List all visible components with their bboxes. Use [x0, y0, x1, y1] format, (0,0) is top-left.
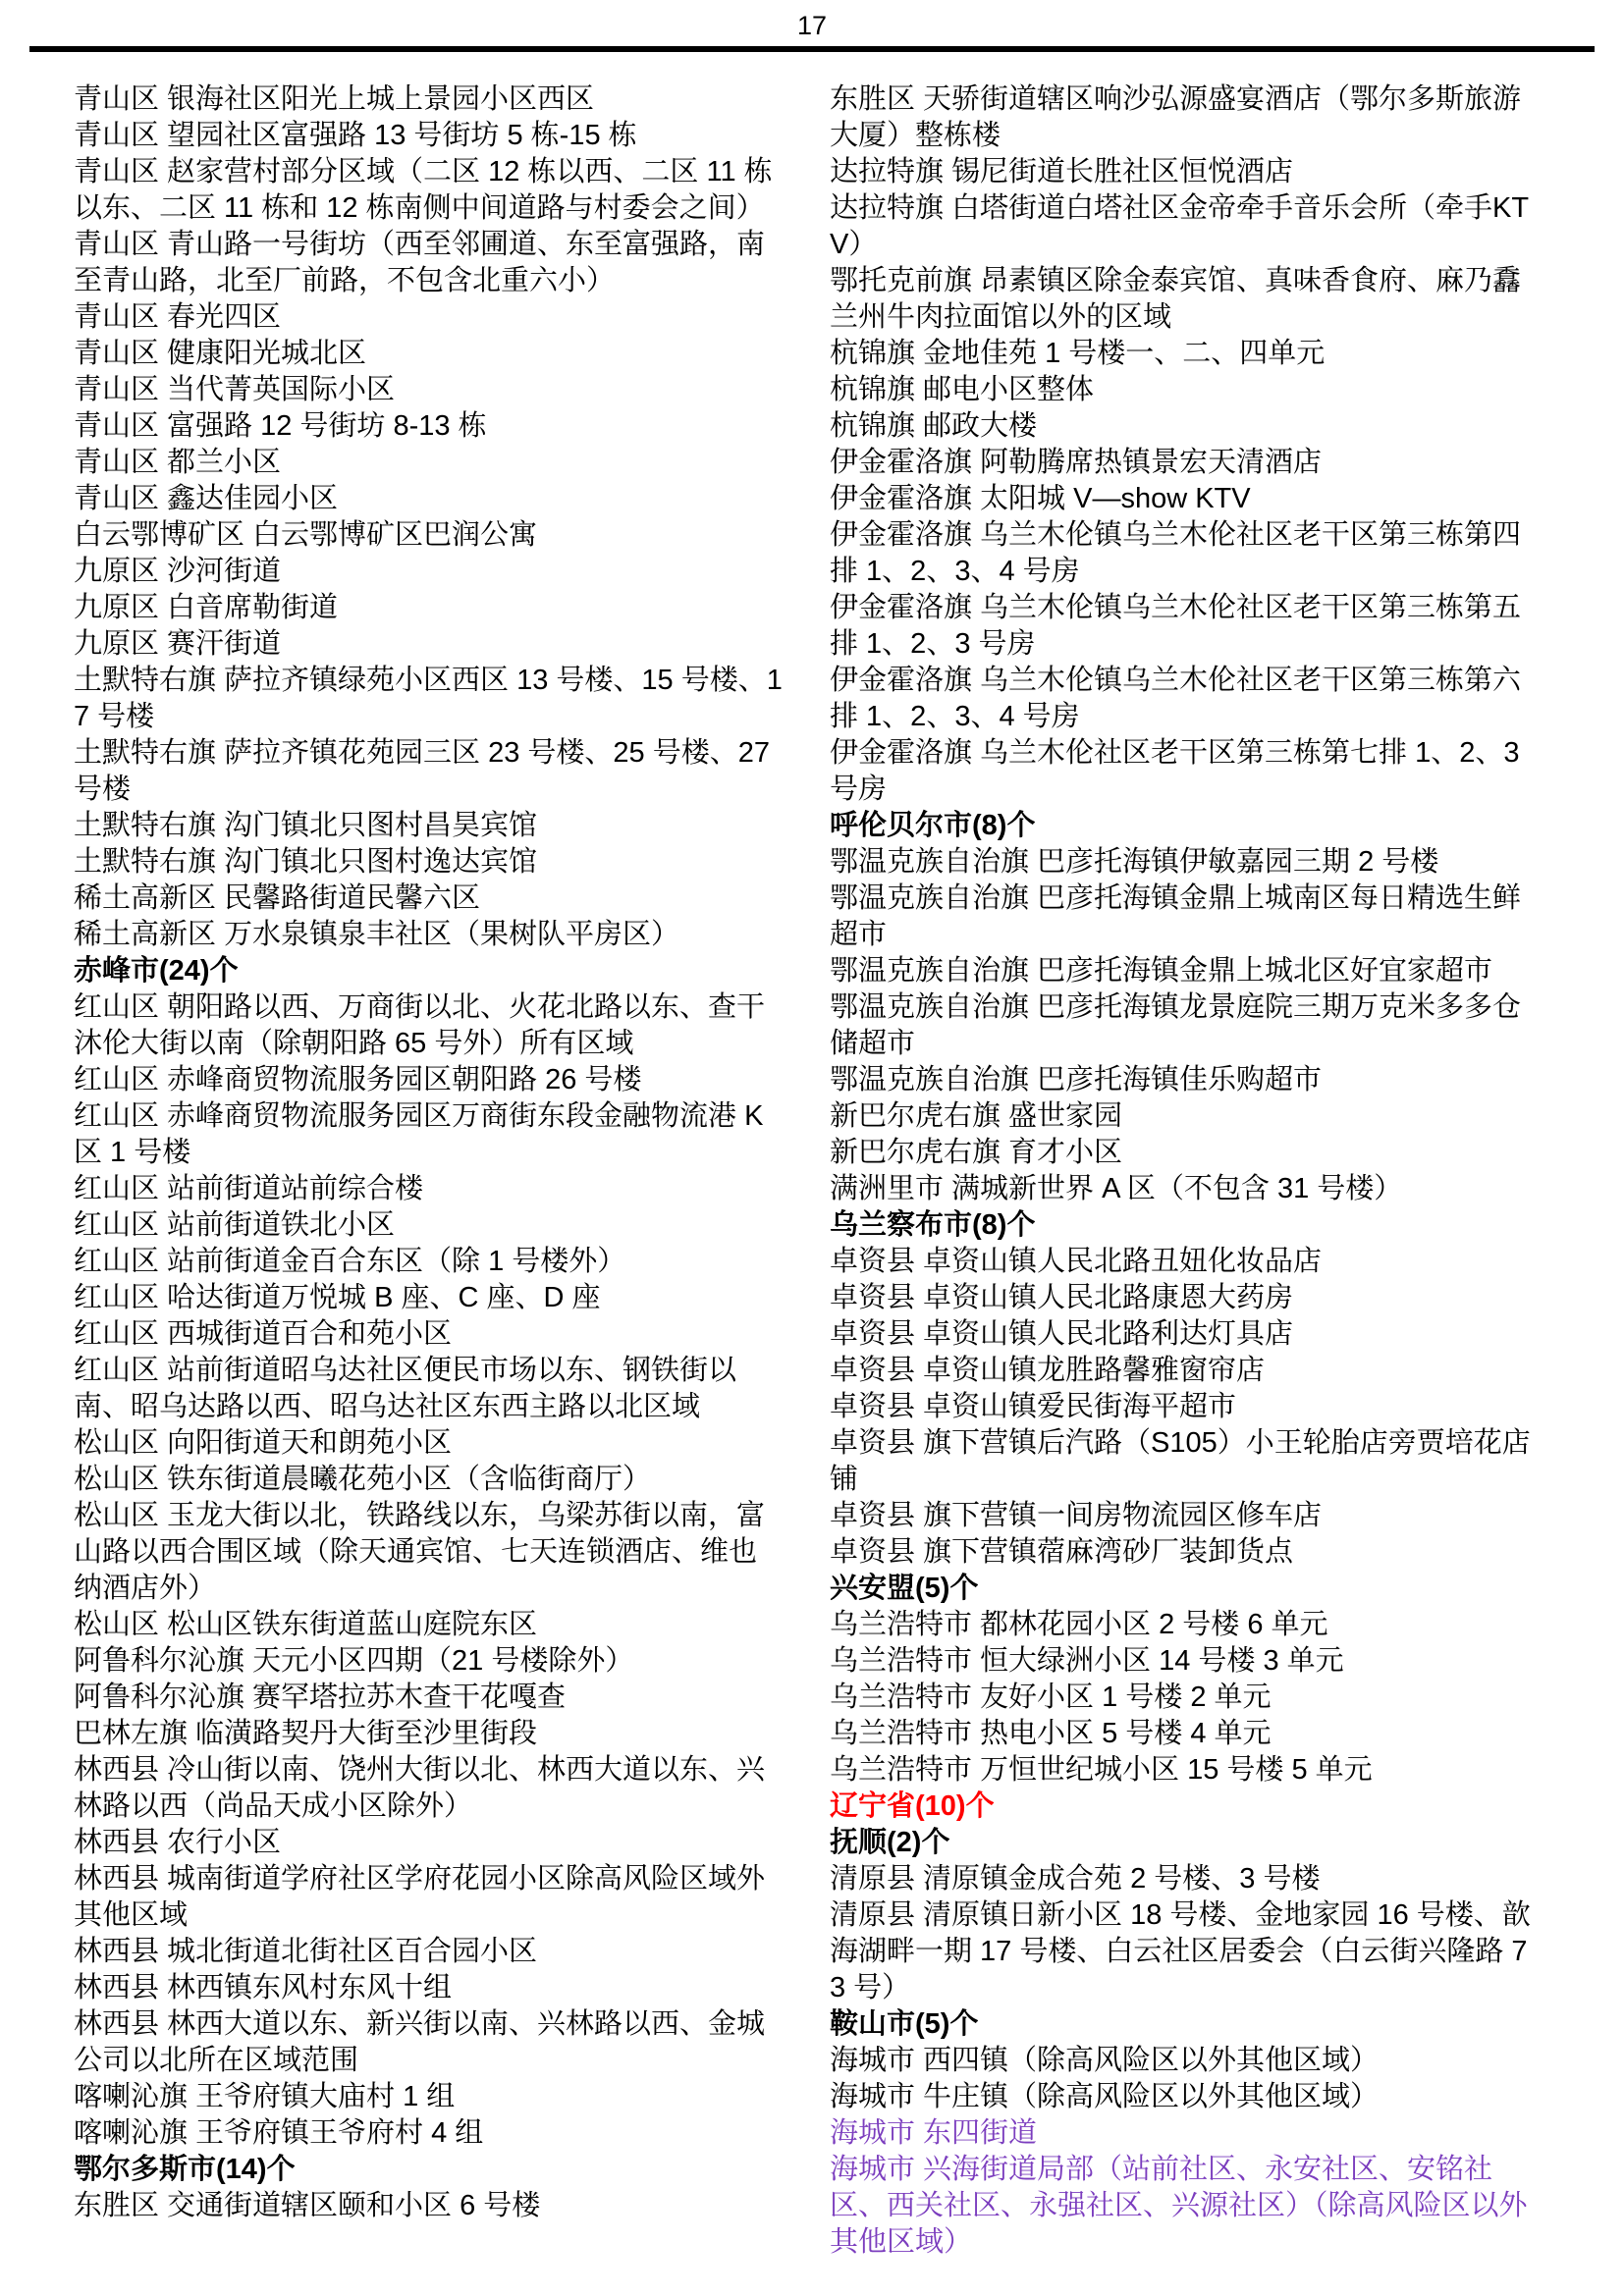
list-entry: 松山区 松山区铁东街道蓝山庭院东区 [74, 1607, 785, 1643]
two-column-layout: 青山区 银海社区阳光上城上景园小区西区青山区 望园社区富强路 13 号街坊 5 … [0, 52, 1624, 2261]
list-entry: 松山区 向阳街道天和朗苑小区 [74, 1425, 785, 1462]
list-entry: 红山区 站前街道昭乌达社区便民市场以东、钢铁街以南、昭乌达路以西、昭乌达社区东西… [74, 1353, 785, 1425]
list-entry: 杭锦旗 邮政大楼 [830, 408, 1541, 445]
list-entry: 林西县 农行小区 [74, 1825, 785, 1861]
list-entry: 海城市 东四街道 [830, 2115, 1541, 2152]
list-entry: 新巴尔虎右旗 育才小区 [830, 1135, 1541, 1171]
list-entry: 喀喇沁旗 王爷府镇王爷府村 4 组 [74, 2115, 785, 2152]
list-entry: 乌兰浩特市 万恒世纪城小区 15 号楼 5 单元 [830, 1752, 1541, 1789]
list-entry: 阿鲁科尔沁旗 赛罕塔拉苏木查干花嘎查 [74, 1680, 785, 1716]
list-entry: 卓资县 卓资山镇人民北路康恩大药房 [830, 1280, 1541, 1316]
list-entry: 伊金霍洛旗 太阳城 V—show KTV [830, 481, 1541, 517]
section-header: 抚顺(2)个 [830, 1825, 1541, 1861]
list-entry: 鄂温克族自治旗 巴彦托海镇金鼎上城南区每日精选生鲜超市 [830, 881, 1541, 953]
list-entry: 卓资县 旗下营镇蓿麻湾砂厂装卸货点 [830, 1534, 1541, 1571]
list-entry: 卓资县 旗下营镇后汽路（S105）小王轮胎店旁贾培花店铺 [830, 1425, 1541, 1498]
list-entry: 乌兰浩特市 都林花园小区 2 号楼 6 单元 [830, 1607, 1541, 1643]
list-entry: 乌兰浩特市 友好小区 1 号楼 2 单元 [830, 1680, 1541, 1716]
list-entry: 青山区 望园社区富强路 13 号街坊 5 栋-15 栋 [74, 118, 785, 154]
list-entry: 卓资县 旗下营镇一间房物流园区修车店 [830, 1498, 1541, 1534]
list-entry: 红山区 站前街道铁北小区 [74, 1207, 785, 1244]
section-header: 乌兰察布市(8)个 [830, 1207, 1541, 1244]
list-entry: 青山区 鑫达佳园小区 [74, 481, 785, 517]
list-entry: 新巴尔虎右旗 盛世家园 [830, 1098, 1541, 1135]
list-entry: 红山区 赤峰商贸物流服务园区万商街东段金融物流港 K 区 1 号楼 [74, 1098, 785, 1171]
list-entry: 九原区 赛汗街道 [74, 626, 785, 663]
list-entry: 白云鄂博矿区 白云鄂博矿区巴润公寓 [74, 517, 785, 554]
list-entry: 卓资县 卓资山镇龙胜路馨雅窗帘店 [830, 1353, 1541, 1389]
section-header: 呼伦贝尔市(8)个 [830, 808, 1541, 844]
list-entry: 清原县 清原镇日新小区 18 号楼、金地家园 16 号楼、歆海湖畔一期 17 号… [830, 1897, 1541, 2006]
list-entry: 卓资县 卓资山镇人民北路丑妞化妆品店 [830, 1244, 1541, 1280]
list-entry: 林西县 冷山街以南、饶州大街以北、林西大道以东、兴林路以西（尚品天成小区除外） [74, 1752, 785, 1825]
list-entry: 卓资县 卓资山镇人民北路利达灯具店 [830, 1316, 1541, 1353]
list-entry: 海城市 牛庄镇（除高风险区以外其他区域） [830, 2079, 1541, 2115]
list-entry: 红山区 西城街道百合和苑小区 [74, 1316, 785, 1353]
list-entry: 伊金霍洛旗 乌兰木伦社区老干区第三栋第七排 1、2、3 号房 [830, 735, 1541, 808]
list-entry: 鄂温克族自治旗 巴彦托海镇佳乐购超市 [830, 1062, 1541, 1098]
list-entry: 林西县 林西大道以东、新兴街以南、兴林路以西、金城公司以北所在区域范围 [74, 2006, 785, 2079]
list-entry: 清原县 清原镇金成合苑 2 号楼、3 号楼 [830, 1861, 1541, 1897]
list-entry: 东胜区 天骄街道辖区响沙弘源盛宴酒店（鄂尔多斯旅游大厦）整栋楼 [830, 81, 1541, 154]
list-entry: 红山区 赤峰商贸物流服务园区朝阳路 26 号楼 [74, 1062, 785, 1098]
list-entry: 松山区 铁东街道晨曦花苑小区（含临街商厅） [74, 1462, 785, 1498]
list-entry: 伊金霍洛旗 乌兰木伦镇乌兰木伦社区老干区第三栋第六排 1、2、3、4 号房 [830, 663, 1541, 735]
list-entry: 林西县 城北街道北街社区百合园小区 [74, 1934, 785, 1970]
left-column: 青山区 银海社区阳光上城上景园小区西区青山区 望园社区富强路 13 号街坊 5 … [74, 81, 785, 2224]
list-entry: 青山区 健康阳光城北区 [74, 336, 785, 372]
list-entry: 红山区 站前街道站前综合楼 [74, 1171, 785, 1207]
right-column: 东胜区 天骄街道辖区响沙弘源盛宴酒店（鄂尔多斯旅游大厦）整栋楼达拉特旗 锡尼街道… [830, 81, 1541, 2261]
list-entry: 青山区 赵家营村部分区域（二区 12 栋以西、二区 11 栋以东、二区 11 栋… [74, 154, 785, 227]
list-entry: 满洲里市 满城新世界 A 区（不包含 31 号楼） [830, 1171, 1541, 1207]
list-entry: 卓资县 卓资山镇爱民街海平超市 [830, 1389, 1541, 1425]
list-entry: 青山区 银海社区阳光上城上景园小区西区 [74, 81, 785, 118]
list-entry: 鄂温克族自治旗 巴彦托海镇伊敏嘉园三期 2 号楼 [830, 844, 1541, 881]
document-page: 17 青山区 银海社区阳光上城上景园小区西区青山区 望园社区富强路 13 号街坊… [0, 0, 1624, 2261]
list-entry: 青山区 春光四区 [74, 299, 785, 336]
list-entry: 杭锦旗 金地佳苑 1 号楼一、二、四单元 [830, 336, 1541, 372]
section-header: 兴安盟(5)个 [830, 1571, 1541, 1607]
list-entry: 土默特右旗 萨拉齐镇绿苑小区西区 13 号楼、15 号楼、17 号楼 [74, 663, 785, 735]
list-entry: 青山区 都兰小区 [74, 445, 785, 481]
list-entry: 青山区 青山路一号街坊（西至邻圃道、东至富强路，南至青山路，北至厂前路，不包含北… [74, 227, 785, 299]
section-header: 鞍山市(5)个 [830, 2006, 1541, 2043]
list-entry: 伊金霍洛旗 阿勒腾席热镇景宏天清酒店 [830, 445, 1541, 481]
list-entry: 土默特右旗 萨拉齐镇花苑园三区 23 号楼、25 号楼、27 号楼 [74, 735, 785, 808]
list-entry: 稀土高新区 万水泉镇泉丰社区（果树队平房区） [74, 917, 785, 953]
list-entry: 红山区 哈达街道万悦城 B 座、C 座、D 座 [74, 1280, 785, 1316]
list-entry: 鄂温克族自治旗 巴彦托海镇龙景庭院三期万克米多多仓储超市 [830, 989, 1541, 1062]
list-entry: 红山区 朝阳路以西、万商街以北、火花北路以东、查干沐伦大街以南（除朝阳路 65 … [74, 989, 785, 1062]
list-entry: 青山区 当代菁英国际小区 [74, 372, 785, 408]
list-entry: 海城市 兴海街道局部（站前社区、永安社区、安铭社区、西关社区、永强社区、兴源社区… [830, 2152, 1541, 2261]
list-entry: 杭锦旗 邮电小区整体 [830, 372, 1541, 408]
list-entry: 土默特右旗 沟门镇北只图村昌昊宾馆 [74, 808, 785, 844]
list-entry: 青山区 富强路 12 号街坊 8-13 栋 [74, 408, 785, 445]
list-entry: 九原区 白音席勒街道 [74, 590, 785, 626]
list-entry: 伊金霍洛旗 乌兰木伦镇乌兰木伦社区老干区第三栋第四排 1、2、3、4 号房 [830, 517, 1541, 590]
list-entry: 土默特右旗 沟门镇北只图村逸达宾馆 [74, 844, 785, 881]
section-header: 鄂尔多斯市(14)个 [74, 2152, 785, 2188]
list-entry: 喀喇沁旗 王爷府镇大庙村 1 组 [74, 2079, 785, 2115]
section-header: 赤峰市(24)个 [74, 953, 785, 989]
list-entry: 达拉特旗 白塔街道白塔社区金帝牵手音乐会所（牵手KTV） [830, 190, 1541, 263]
list-entry: 林西县 林西镇东风村东风十组 [74, 1970, 785, 2006]
list-entry: 林西县 城南街道学府社区学府花园小区除高风险区域外其他区域 [74, 1861, 785, 1934]
list-entry: 鄂托克前旗 昂素镇区除金泰宾馆、真味香食府、麻乃馫兰州牛肉拉面馆以外的区域 [830, 263, 1541, 336]
list-entry: 九原区 沙河街道 [74, 554, 785, 590]
list-entry: 海城市 西四镇（除高风险区以外其他区域） [830, 2043, 1541, 2079]
section-header: 辽宁省(10)个 [830, 1789, 1541, 1825]
list-entry: 乌兰浩特市 恒大绿洲小区 14 号楼 3 单元 [830, 1643, 1541, 1680]
list-entry: 稀土高新区 民馨路街道民馨六区 [74, 881, 785, 917]
list-entry: 红山区 站前街道金百合东区（除 1 号楼外） [74, 1244, 785, 1280]
list-entry: 东胜区 交通街道辖区颐和小区 6 号楼 [74, 2188, 785, 2224]
list-entry: 达拉特旗 锡尼街道长胜社区恒悦酒店 [830, 154, 1541, 190]
list-entry: 伊金霍洛旗 乌兰木伦镇乌兰木伦社区老干区第三栋第五排 1、2、3 号房 [830, 590, 1541, 663]
list-entry: 鄂温克族自治旗 巴彦托海镇金鼎上城北区好宜家超市 [830, 953, 1541, 989]
list-entry: 巴林左旗 临潢路契丹大街至沙里街段 [74, 1716, 785, 1752]
list-entry: 松山区 玉龙大街以北，铁路线以东，乌梁苏街以南，富山路以西合围区域（除天通宾馆、… [74, 1498, 785, 1607]
list-entry: 阿鲁科尔沁旗 天元小区四期（21 号楼除外） [74, 1643, 785, 1680]
list-entry: 乌兰浩特市 热电小区 5 号楼 4 单元 [830, 1716, 1541, 1752]
page-number: 17 [0, 0, 1624, 39]
